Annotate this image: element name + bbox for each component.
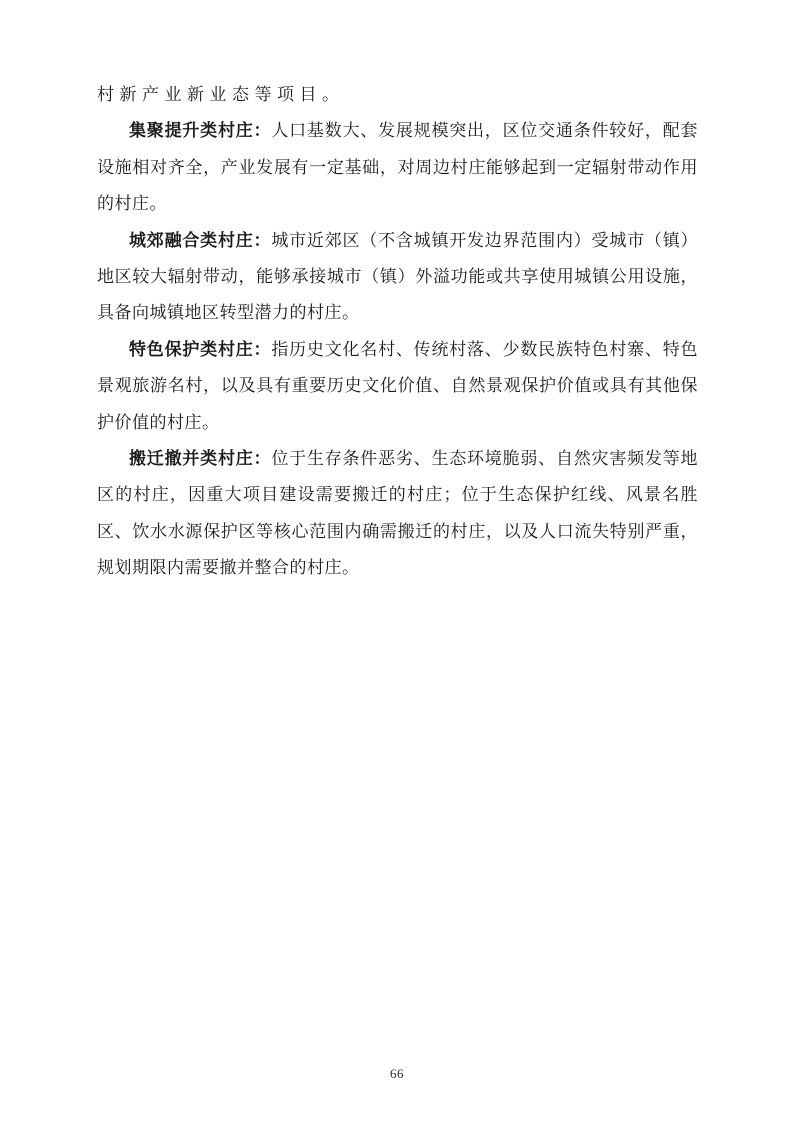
paragraph-lead: 集聚提升类村庄： — [129, 121, 271, 140]
paragraph-suburban-integration-village: 城郊融合类村庄：城市近郊区（不含城镇开发边界范围内）受城市（镇）地区较大辐射带动… — [97, 223, 698, 332]
paragraph-text: 村新产业新业态等项目。 — [97, 85, 345, 104]
paragraph-cluster-promotion-village: 集聚提升类村庄：人口基数大、发展规模突出，区位交通条件较好，配套设施相对齐全，产… — [97, 113, 698, 222]
paragraph-lead: 搬迁撤并类村庄： — [129, 449, 271, 468]
paragraph-lead: 城郊融合类村庄： — [129, 231, 271, 250]
page-body-text: 村新产业新业态等项目。 集聚提升类村庄：人口基数大、发展规模突出，区位交通条件较… — [97, 77, 698, 587]
page-number: 66 — [0, 1066, 794, 1082]
paragraph-relocation-merge-village: 搬迁撤并类村庄：位于生存条件恶劣、生态环境脆弱、自然灾害频发等地区的村庄，因重大… — [97, 441, 698, 587]
paragraph-lead: 特色保护类村庄： — [129, 340, 271, 359]
paragraph-text: 位于生存条件恶劣、生态环境脆弱、自然灾害频发等地区的村庄，因重大项目建设需要搬迁… — [97, 449, 698, 577]
document-page: 村新产业新业态等项目。 集聚提升类村庄：人口基数大、发展规模突出，区位交通条件较… — [0, 0, 794, 1122]
paragraph-continuation: 村新产业新业态等项目。 — [97, 77, 698, 113]
paragraph-characteristic-protection-village: 特色保护类村庄：指历史文化名村、传统村落、少数民族特色村寨、特色景观旅游名村，以… — [97, 332, 698, 441]
